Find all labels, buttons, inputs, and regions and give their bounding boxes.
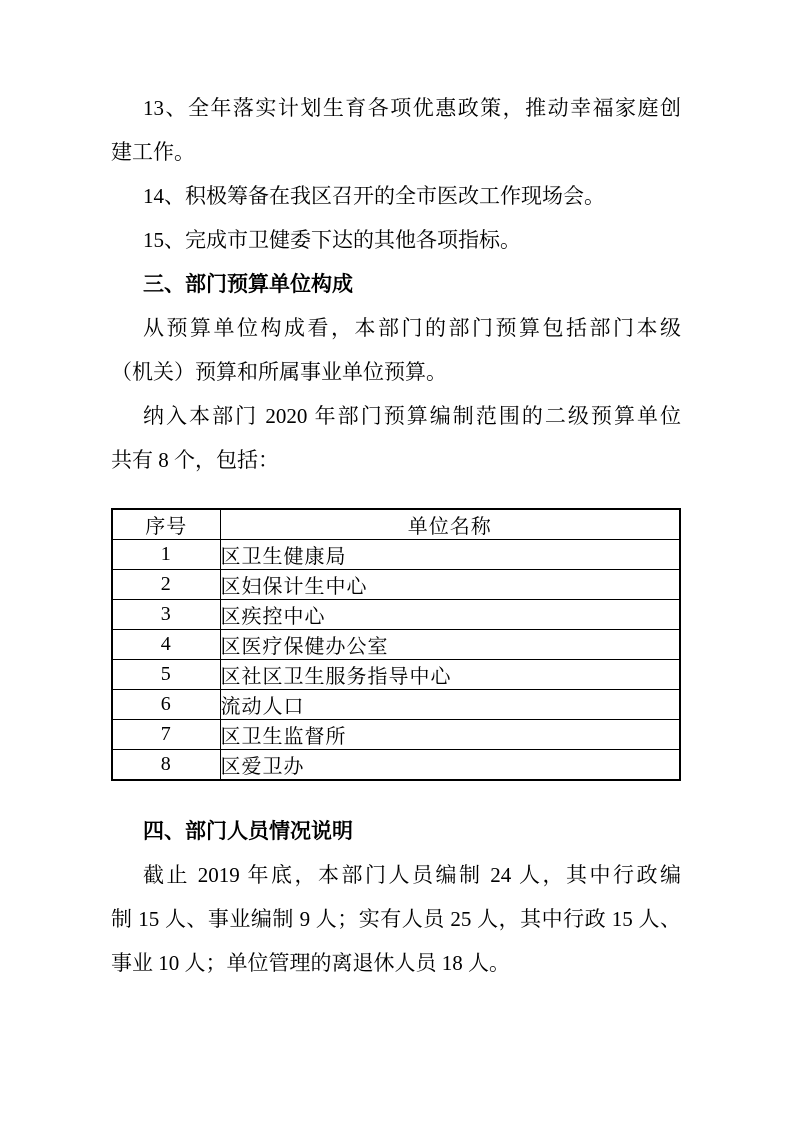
table-cell-unit-name: 区疾控中心 (220, 600, 680, 630)
bottom-text-section: 四、部门人员情况说明截止 2019 年底，本部门人员编制 24 人，其中行政编制… (111, 809, 681, 985)
paragraph: 14、积极筹备在我区召开的全市医改工作现场会。 (111, 174, 681, 218)
table-row: 3区疾控中心 (112, 600, 680, 630)
paragraph: 15、完成市卫健委下达的其他各项指标。 (111, 218, 681, 262)
table-cell-index: 2 (112, 570, 220, 600)
table-header-cell-index: 序号 (112, 509, 220, 540)
table-cell-unit-name: 区妇保计生中心 (220, 570, 680, 600)
table-cell-unit-name: 区医疗保健办公室 (220, 630, 680, 660)
table-cell-index: 5 (112, 660, 220, 690)
paragraph: 截止 2019 年底，本部门人员编制 24 人，其中行政编制 15 人、事业编制… (111, 853, 681, 985)
table-cell-index: 3 (112, 600, 220, 630)
text-line: 13、全年落实计划生育各项优惠政策，推动幸福家庭创 (111, 86, 681, 130)
table-row: 8区爱卫办 (112, 750, 680, 781)
text-line: 14、积极筹备在我区召开的全市医改工作现场会。 (111, 174, 681, 218)
table-row: 7区卫生监督所 (112, 720, 680, 750)
top-text-section: 13、全年落实计划生育各项优惠政策，推动幸福家庭创建工作。14、积极筹备在我区召… (111, 86, 681, 482)
paragraph: 纳入本部门 2020 年部门预算编制范围的二级预算单位共有 8 个，包括： (111, 394, 681, 482)
text-line: （机关）预算和所属事业单位预算。 (111, 350, 681, 394)
budget-units-table: 序号 单位名称 1区卫生健康局2区妇保计生中心3区疾控中心4区医疗保健办公室5区… (111, 508, 681, 781)
text-line: 从预算单位构成看，本部门的部门预算包括部门本级 (111, 306, 681, 350)
table-row: 6流动人口 (112, 690, 680, 720)
table-cell-index: 7 (112, 720, 220, 750)
table-row: 5区社区卫生服务指导中心 (112, 660, 680, 690)
table-cell-unit-name: 区卫生健康局 (220, 540, 680, 570)
text-line: 共有 8 个，包括： (111, 438, 681, 482)
table-header-row: 序号 单位名称 (112, 509, 680, 540)
text-line: 建工作。 (111, 130, 681, 174)
section-heading: 四、部门人员情况说明 (111, 809, 681, 853)
table-cell-unit-name: 区卫生监督所 (220, 720, 680, 750)
table-cell-unit-name: 区爱卫办 (220, 750, 680, 781)
table-row: 1区卫生健康局 (112, 540, 680, 570)
text-line: 三、部门预算单位构成 (111, 262, 681, 306)
paragraph: 从预算单位构成看，本部门的部门预算包括部门本级（机关）预算和所属事业单位预算。 (111, 306, 681, 394)
document-page: 13、全年落实计划生育各项优惠政策，推动幸福家庭创建工作。14、积极筹备在我区召… (0, 0, 793, 1122)
text-line: 15、完成市卫健委下达的其他各项指标。 (111, 218, 681, 262)
table-cell-unit-name: 区社区卫生服务指导中心 (220, 660, 680, 690)
table-cell-index: 1 (112, 540, 220, 570)
text-line: 截止 2019 年底，本部门人员编制 24 人，其中行政编 (111, 853, 681, 897)
table-header-cell-unit-name: 单位名称 (220, 509, 680, 540)
table-row: 4区医疗保健办公室 (112, 630, 680, 660)
table-row: 2区妇保计生中心 (112, 570, 680, 600)
table-cell-index: 4 (112, 630, 220, 660)
text-line: 纳入本部门 2020 年部门预算编制范围的二级预算单位 (111, 394, 681, 438)
table-cell-index: 8 (112, 750, 220, 781)
table-cell-unit-name: 流动人口 (220, 690, 680, 720)
paragraph: 13、全年落实计划生育各项优惠政策，推动幸福家庭创建工作。 (111, 86, 681, 174)
text-line: 制 15 人、事业编制 9 人；实有人员 25 人，其中行政 15 人、 (111, 897, 681, 941)
text-line: 四、部门人员情况说明 (111, 809, 681, 853)
table-cell-index: 6 (112, 690, 220, 720)
text-line: 事业 10 人；单位管理的离退休人员 18 人。 (111, 941, 681, 985)
section-heading: 三、部门预算单位构成 (111, 262, 681, 306)
